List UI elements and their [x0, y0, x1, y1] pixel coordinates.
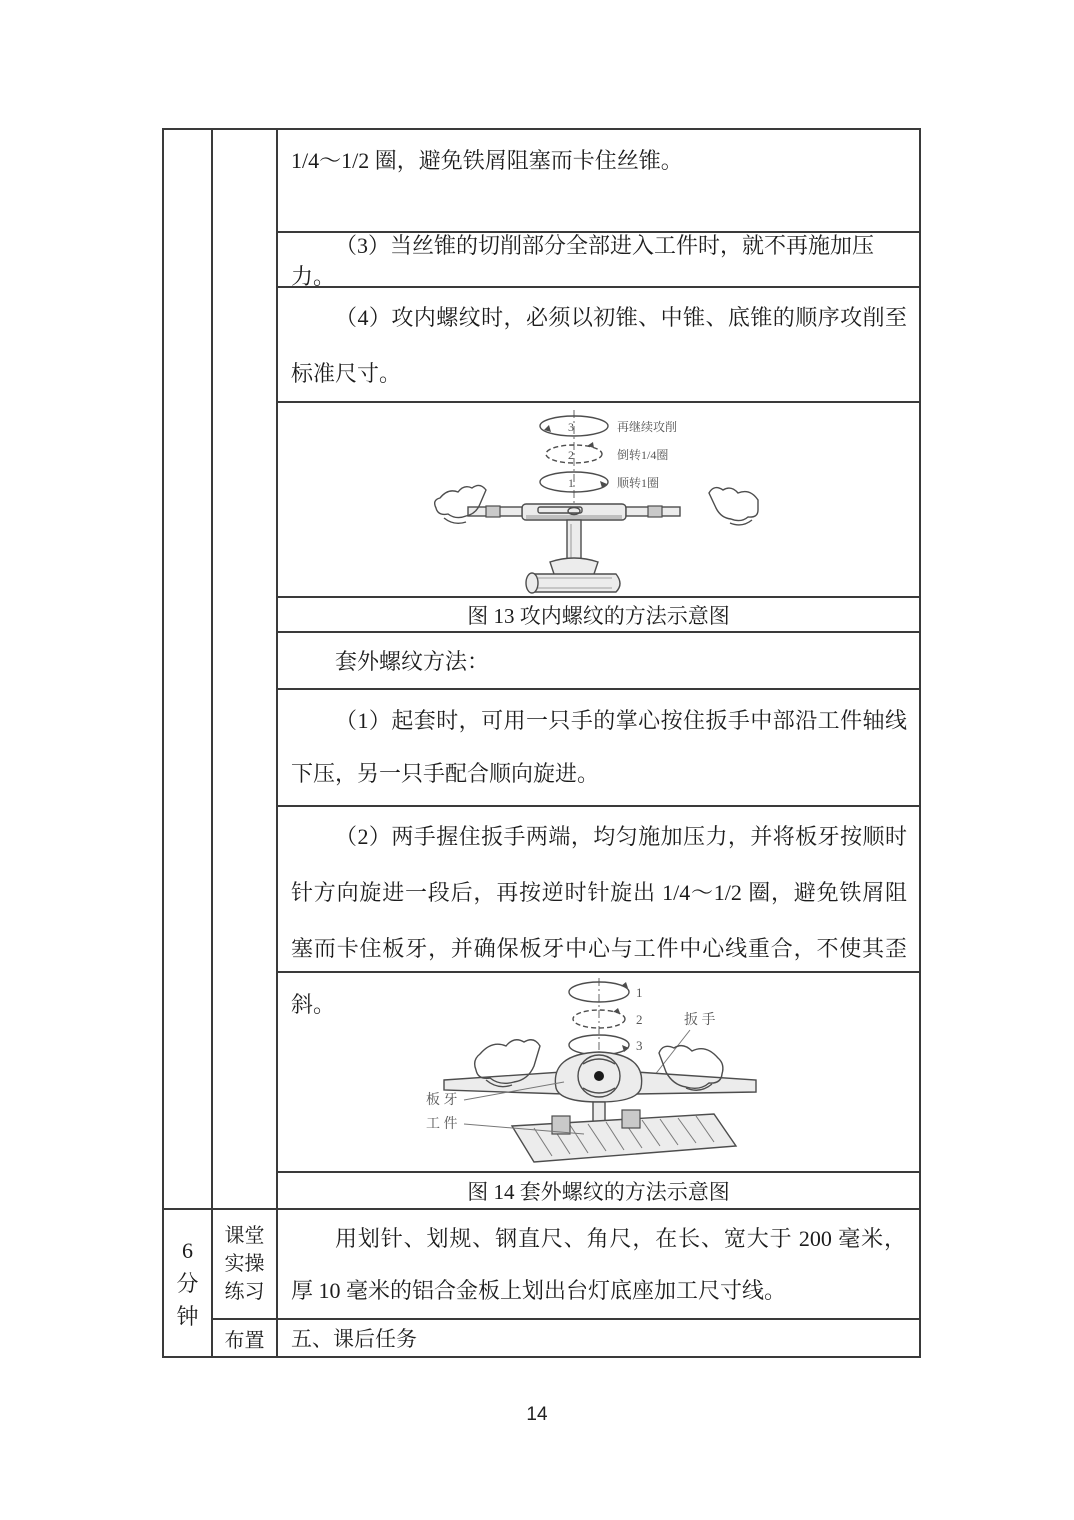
document-page: 1/4～1/2 圈，避免铁屑阻塞而卡住丝锥。 （3）当丝锥的切削部分全部进入工件… — [0, 0, 1074, 1520]
fig13-label-step2: 倒转1/4圈 — [617, 447, 668, 462]
time-column-spacer — [164, 130, 213, 1208]
duration-cell: 6 分 钟 — [164, 1208, 213, 1356]
fig14-number-1: 1 — [636, 985, 643, 1000]
activity-line-1: 课堂 — [225, 1222, 265, 1250]
paragraph-thread2: （2）两手握住扳手两端，均匀施加压力，并将板牙按顺时针方向旋进一段后，再按逆时针… — [278, 807, 919, 973]
assignment-text: 五、课后任务 — [291, 1323, 417, 1353]
paragraph-thread1: （1）起套时，可用一只手的掌心按住扳手中部沿工件轴线下压，另一只手配合顺向旋进。 — [278, 690, 919, 807]
duration-line-1: 6 — [182, 1234, 193, 1267]
figure-13-tapping-diagram: 3 2 1 再继续攻削 倒转1/4圈 顺转1圈 — [434, 406, 764, 594]
fig13-label-step1: 顺转1圈 — [617, 475, 659, 490]
paragraph-step3: （3）当丝锥的切削部分全部进入工件时，就不再施加压力。 — [278, 233, 919, 288]
fig14-number-3: 3 — [636, 1038, 643, 1053]
assignment-label-cell: 布置 — [213, 1318, 278, 1356]
duration-line-2: 分 — [176, 1267, 198, 1300]
figure-14-threading-diagram: 1 2 3 扳 手 — [384, 976, 814, 1168]
fig13-number-2: 2 — [568, 448, 574, 462]
method-heading-text: 套外螺纹方法： — [291, 645, 906, 676]
figure-13: 3 2 1 再继续攻削 倒转1/4圈 顺转1圈 — [278, 403, 919, 598]
fig14-label-die: 板 牙 — [426, 1091, 458, 1108]
method-heading-row: 套外螺纹方法： — [278, 633, 919, 690]
practice-task-text: 用划针、划规、钢直尺、角尺，在长、宽大于 200 毫米，厚 10 毫米的铝合金板… — [291, 1213, 906, 1317]
duration-line-3: 钟 — [176, 1300, 198, 1333]
paragraph-step4-text: （4）攻内螺纹时，必须以初锥、中锥、底锥的顺序攻削至标准尺寸。 — [291, 305, 907, 386]
paragraph-step4: （4）攻内螺纹时，必须以初锥、中锥、底锥的顺序攻削至标准尺寸。 — [278, 288, 919, 403]
figure-13-caption-text: 图 13 攻内螺纹的方法示意图 — [467, 600, 730, 630]
fig14-number-2: 2 — [636, 1012, 643, 1027]
lesson-plan-table: 1/4～1/2 圈，避免铁屑阻塞而卡住丝锥。 （3）当丝锥的切削部分全部进入工件… — [162, 128, 921, 1358]
figure-14-caption-text: 图 14 套外螺纹的方法示意图 — [467, 1176, 730, 1206]
assignment-text-cell: 五、课后任务 — [278, 1318, 919, 1356]
figure-13-caption: 图 13 攻内螺纹的方法示意图 — [278, 598, 919, 633]
paragraph-thread1-text: （1）起套时，可用一只手的掌心按住扳手中部沿工件轴线下压，另一只手配合顺向旋进。 — [291, 708, 907, 786]
paragraph-carryover: 1/4～1/2 圈，避免铁屑阻塞而卡住丝锥。 — [278, 130, 919, 233]
fig14-label-wrench: 扳 手 — [684, 1011, 716, 1028]
fig13-label-step3: 再继续攻削 — [617, 419, 677, 434]
content-column: 1/4～1/2 圈，避免铁屑阻塞而卡住丝锥。 （3）当丝锥的切削部分全部进入工件… — [278, 130, 919, 1208]
figure-14-caption: 图 14 套外螺纹的方法示意图 — [278, 1173, 919, 1208]
activity-line-2: 实操 — [225, 1250, 265, 1278]
assignment-label: 布置 — [225, 1324, 265, 1353]
fig14-label-workpiece: 工 件 — [426, 1116, 458, 1132]
activity-line-3: 练习 — [225, 1278, 265, 1306]
practice-task-cell: 用划针、划规、钢直尺、角尺，在长、宽大于 200 毫米，厚 10 毫米的铝合金板… — [278, 1208, 919, 1318]
stage-column-spacer — [213, 130, 278, 1208]
page-number: 14 — [0, 1404, 1074, 1426]
paragraph-step3-text: （3）当丝锥的切削部分全部进入工件时，就不再施加压力。 — [291, 229, 906, 291]
fig13-number-1: 1 — [568, 476, 574, 490]
fig13-number-3: 3 — [568, 420, 574, 434]
paragraph-carryover-text: 1/4～1/2 圈，避免铁屑阻塞而卡住丝锥。 — [291, 148, 683, 173]
activity-label-cell: 课堂 实操 练习 — [213, 1208, 278, 1318]
figure-14: 1 2 3 扳 手 — [278, 973, 919, 1173]
